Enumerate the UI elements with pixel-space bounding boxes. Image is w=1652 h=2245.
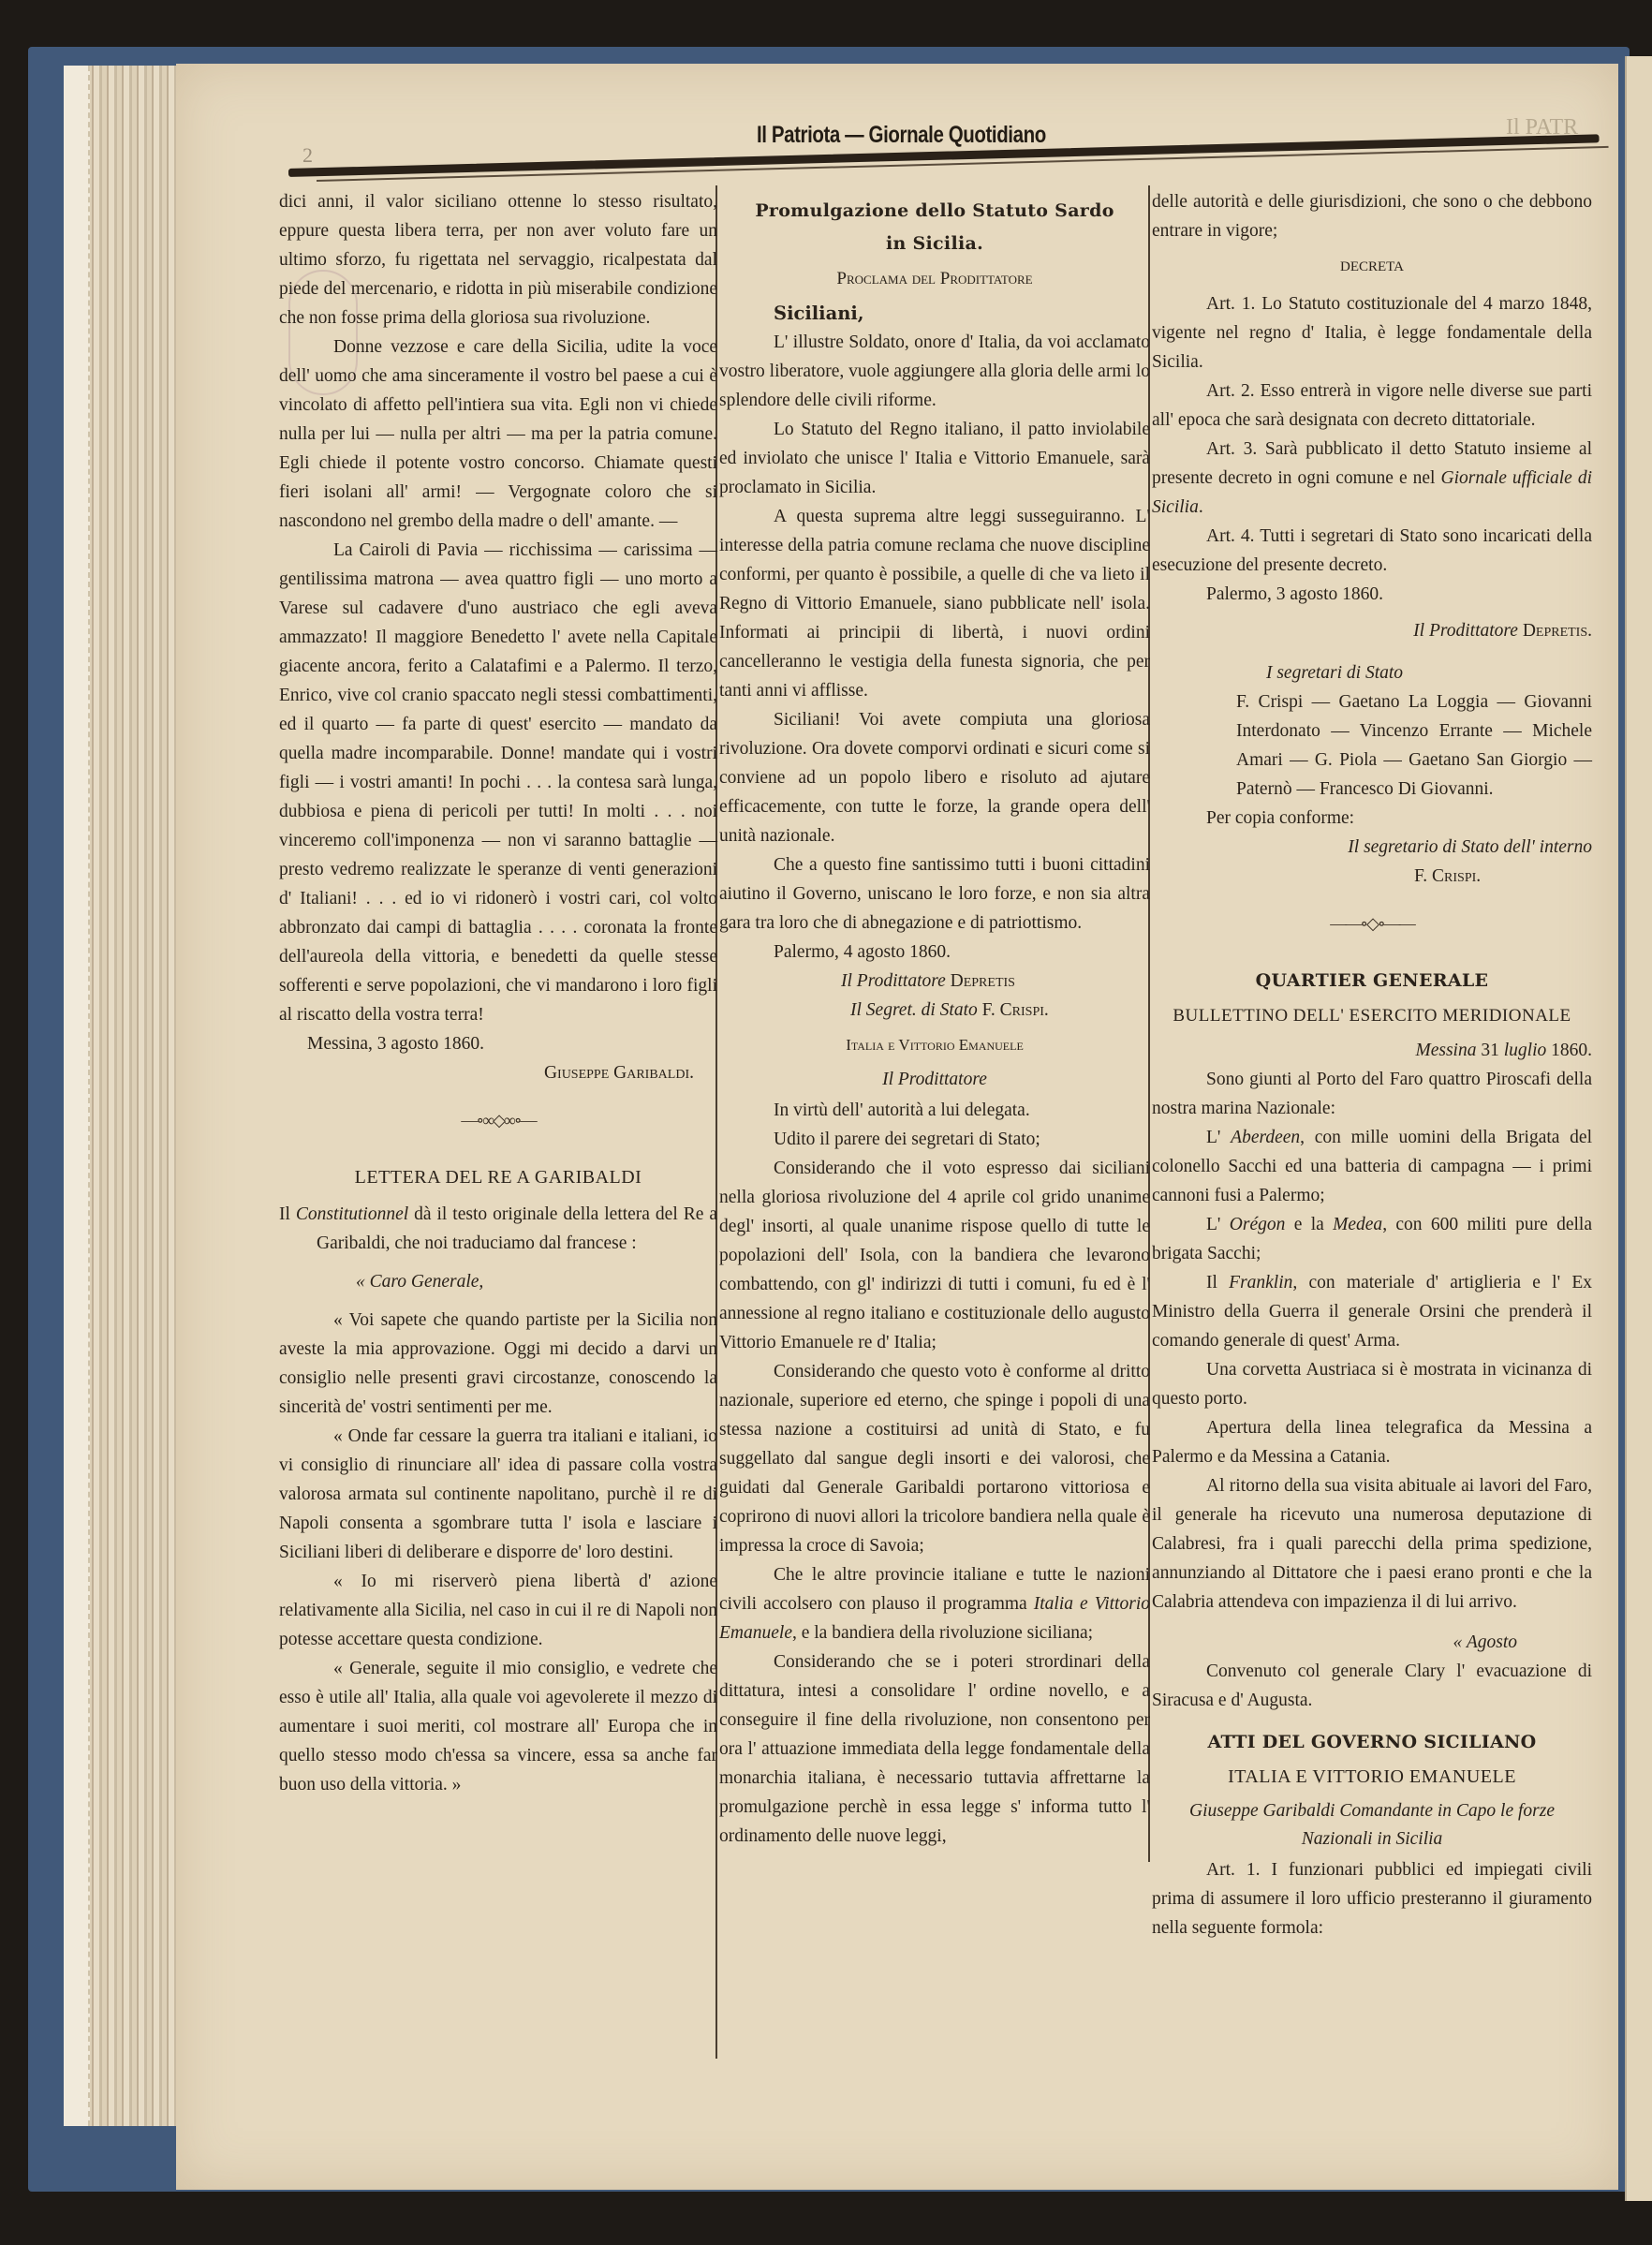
decree-paragraph: Che le altre provincie italiane e tutte … bbox=[719, 1560, 1150, 1647]
article-heading: Promulgazione dello Statuto Sardo bbox=[719, 197, 1150, 226]
decree-paragraph: Considerando che il voto espresso dai si… bbox=[719, 1154, 1150, 1357]
paragraph: delle autorità e delle giurisdizioni, ch… bbox=[1152, 187, 1592, 245]
ornament-divider: —∘∞◇∞∘— bbox=[279, 1106, 717, 1135]
acts-heading: ATTI DEL GOVERNO SICILIANO bbox=[1152, 1728, 1592, 1757]
bulletin-paragraph: Al ritorno della sua visita abituale ai … bbox=[1152, 1471, 1592, 1617]
bulletin-heading: QUARTIER GENERALE bbox=[1152, 967, 1592, 996]
bulletin-date: Messina 31 luglio 1860. bbox=[1152, 1036, 1592, 1065]
salutation: Siciliani, bbox=[719, 299, 1150, 328]
publication-name: Constitutionnel bbox=[296, 1204, 408, 1224]
ship-entry: L' Orégon e la Medea, con 600 militi pur… bbox=[1152, 1210, 1592, 1268]
paragraph: dici anni, il valor siciliano ottenne lo… bbox=[279, 187, 717, 332]
secretaries-label: I segretari di Stato bbox=[1152, 658, 1592, 687]
paragraph: Siciliani! Voi avete compiuta una glorio… bbox=[719, 705, 1150, 850]
decree-paragraph: Considerando che questo voto è conforme … bbox=[719, 1357, 1150, 1560]
paragraph: Donne vezzose e care della Sicilia, udit… bbox=[279, 332, 717, 536]
decree-paragraph: In virtù dell' autorità a lui delegata. bbox=[719, 1096, 1150, 1125]
bulletin-paragraph: Una corvetta Austriaca si è mostrata in … bbox=[1152, 1355, 1592, 1413]
signature-segretario: Il Segret. di Stato F. Crispi. bbox=[719, 996, 1150, 1025]
decree-paragraph: Considerando che se i poteri strordinari… bbox=[719, 1647, 1150, 1851]
paragraph: Che a questo fine santissimo tutti i buo… bbox=[719, 850, 1150, 938]
acts-subtitle: Giuseppe Garibaldi Comandante in Capo le… bbox=[1152, 1797, 1592, 1854]
article: Art. 1. Lo Statuto costituzionale del 4 … bbox=[1152, 289, 1592, 377]
article: Art. 1. I funzionari pubblici ed impiega… bbox=[1152, 1855, 1592, 1942]
section-subtitle: Il Prodittatore bbox=[719, 1065, 1150, 1094]
decreta-label: DECRETA bbox=[1152, 253, 1592, 282]
bulletin-paragraph: Sono giunti al Porto del Faro quattro Pi… bbox=[1152, 1065, 1592, 1123]
article-title: LETTERA DEL RE A GARIBALDI bbox=[279, 1163, 717, 1192]
acts-title: ITALIA E VITTORIO EMANUELE bbox=[1152, 1763, 1592, 1792]
page-stack-edge bbox=[64, 66, 176, 2126]
paragraph: A questa suprema altre leggi susseguiran… bbox=[719, 502, 1150, 705]
letter-paragraph: « Onde far cessare la guerra tra italian… bbox=[279, 1422, 717, 1567]
salutation: « Caro Generale, bbox=[279, 1267, 717, 1296]
paragraph: L' illustre Soldato, onore d' Italia, da… bbox=[719, 328, 1150, 415]
signature: Giuseppe Garibaldi. bbox=[279, 1058, 717, 1087]
bulletin-title: BULLETTINO DELL' ESERCITO MERIDIONALE bbox=[1152, 1001, 1592, 1030]
ship-entry: Il Franklin, con materiale d' artiglieri… bbox=[1152, 1268, 1592, 1355]
copy-signature-name: F. Crispi. bbox=[1152, 862, 1592, 891]
dateline: Palermo, 4 agosto 1860. bbox=[719, 938, 1150, 967]
section-title: Italia e Vittorio Emanuele bbox=[719, 1030, 1150, 1059]
page-edge bbox=[64, 66, 90, 2126]
letter-intro: Il Constitutionnel dà il testo originale… bbox=[279, 1200, 717, 1258]
secretaries-list: F. Crispi — Gaetano La Loggia — Giovanni… bbox=[1152, 687, 1592, 804]
newspaper-page: 2 Il Patriota — Giornale Quotidiano Il P… bbox=[176, 64, 1618, 2190]
page-number: 2 bbox=[302, 143, 313, 168]
copy-label: Per copia conforme: bbox=[1152, 804, 1592, 833]
paragraph: Lo Statuto del Regno italiano, il patto … bbox=[719, 415, 1150, 502]
letter-paragraph: « Generale, seguite il mio consiglio, e … bbox=[279, 1654, 717, 1799]
signature-prodittatore: Il Prodittatore Depretis. bbox=[1152, 616, 1592, 645]
decree-paragraph: Udito il parere dei segretari di Stato; bbox=[719, 1125, 1150, 1154]
letter-paragraph: « Voi sapete che quando partiste per la … bbox=[279, 1306, 717, 1422]
dateline: Messina, 3 agosto 1860. bbox=[279, 1029, 717, 1058]
column-middle: Promulgazione dello Statuto Sardo in Sic… bbox=[719, 187, 1150, 1851]
newspaper-title: Il Patriota — Giornale Quotidiano bbox=[757, 122, 1046, 149]
proclamation-subheading: Proclama del Prodittatore bbox=[719, 264, 1150, 293]
letter-paragraph: « Io mi riserverò piena libertà d' azion… bbox=[279, 1567, 717, 1654]
article: Art. 2. Esso entrerà in vigore nelle div… bbox=[1152, 377, 1592, 435]
bulletin-paragraph: Convenuto col generale Clary l' evacuazi… bbox=[1152, 1657, 1592, 1715]
signature-prodittatore: Il Prodittatore Depretis bbox=[719, 967, 1150, 996]
column-right: delle autorità e delle giurisdizioni, ch… bbox=[1152, 187, 1592, 1942]
adjacent-page-edge bbox=[1625, 56, 1652, 2201]
agosto-date: « Agosto bbox=[1152, 1628, 1592, 1657]
paragraph: La Cairoli di Pavia — ricchissima — cari… bbox=[279, 536, 717, 1029]
column-left: dici anni, il valor siciliano ottenne lo… bbox=[279, 187, 717, 1799]
article-heading-line2: in Sicilia. bbox=[719, 229, 1150, 258]
bulletin-paragraph: Apertura della linea telegrafica da Mess… bbox=[1152, 1413, 1592, 1471]
article: Art. 3. Sarà pubblicato il detto Statuto… bbox=[1152, 435, 1592, 522]
dateline: Palermo, 3 agosto 1860. bbox=[1152, 580, 1592, 609]
article: Art. 4. Tutti i segretari di Stato sono … bbox=[1152, 522, 1592, 580]
ship-entry: L' Aberdeen, con mille uomini della Brig… bbox=[1152, 1123, 1592, 1210]
copy-signature-title: Il segretario di Stato dell' interno bbox=[1152, 833, 1592, 862]
ornament-divider: ——∘◇∘—— bbox=[1152, 909, 1592, 938]
